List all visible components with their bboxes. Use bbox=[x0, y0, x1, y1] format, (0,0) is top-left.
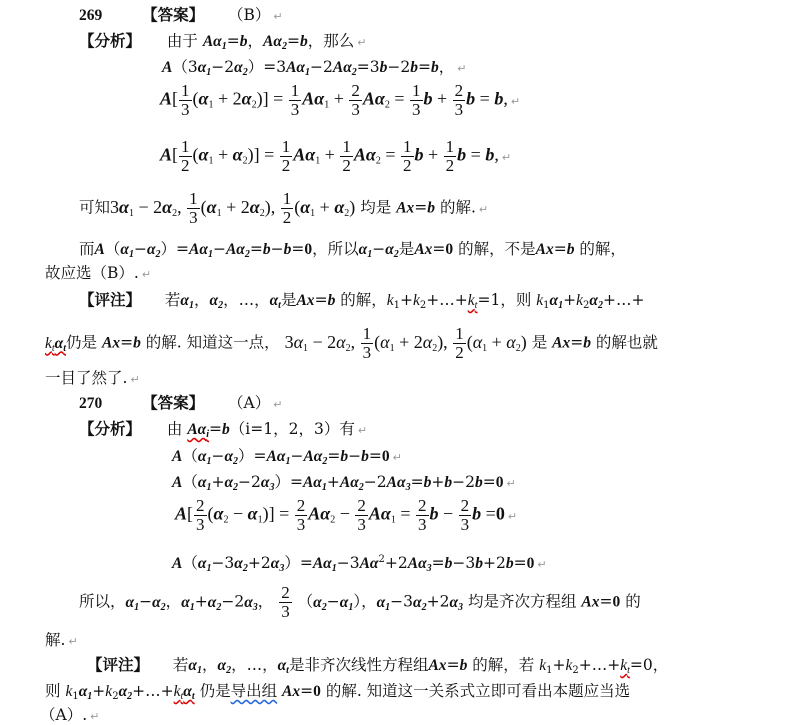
text-span: （i=1，2，3）有 bbox=[230, 420, 355, 438]
equation-270-4: A（α1−3α2+2α3）=Aα1−3Aα2+2Aα3=b−3b+2b=0↵ bbox=[172, 550, 547, 579]
analysis-label: 【分析】 bbox=[79, 419, 141, 438]
comment-269-line3: 一目了然了.↵ bbox=[45, 368, 140, 390]
conclusion-269: 可知3α1 − 2α2, 13(α1 + 2α2), 12(α1 + α2) 均… bbox=[79, 190, 488, 227]
comment-label: 【评注】 bbox=[87, 655, 149, 674]
equation-270-2: A（α1+α2−2α3）=Aα1+Aα2−2Aα3=b+b−2b=0↵ bbox=[172, 472, 516, 498]
text-span: 而 bbox=[79, 240, 95, 258]
text-span: 故应选（B）. bbox=[45, 264, 139, 282]
text-span: 可知 bbox=[79, 199, 110, 217]
analysis-intro-270: 【分析】 由 Aαi=b（i=1，2，3）有↵ bbox=[79, 419, 367, 445]
answer-label: 【答案】 bbox=[142, 393, 204, 412]
text-span: 由于 bbox=[167, 32, 198, 50]
problem-number: 270 bbox=[79, 395, 102, 412]
text-span: 的解. bbox=[440, 199, 476, 217]
paragraph-mark-icon: ↵ bbox=[273, 10, 282, 23]
text-span: 的 bbox=[625, 593, 641, 611]
text-span: （A）. bbox=[40, 706, 87, 724]
text-span: 若 bbox=[165, 291, 181, 309]
text-span: 的解， bbox=[340, 291, 387, 309]
text-span: 的解，若 bbox=[472, 656, 534, 674]
text-span: 是 bbox=[399, 240, 415, 258]
equation-270-3: A[23(α2 − α1)] = 23Aα2 − 23Aα1 = 23b − 2… bbox=[175, 497, 517, 534]
text-span: 那么 bbox=[323, 32, 354, 50]
analysis-label: 【分析】 bbox=[79, 31, 141, 50]
conclusion-269-2: 而A（α1−α2）=Aα1−Aα2=b−b=0，所以α1−α2是Ax=0 的解，… bbox=[79, 239, 626, 265]
equation-269-2: A[13(α1 + 2α2)] = 13Aα1 + 23Aα2 = 13b + … bbox=[160, 82, 520, 119]
text-span: 均是齐次方程组 bbox=[468, 593, 577, 611]
text-span: 仍是 bbox=[66, 334, 97, 352]
text-span: 是 bbox=[281, 291, 297, 309]
answer-value: （A） bbox=[228, 394, 270, 412]
equation-269-1: A（3α1−2α2）=3Aα1−2Aα2=3b−2b=b，↵ bbox=[162, 57, 467, 83]
text-span: 解. bbox=[45, 631, 65, 649]
analysis-intro-269: 【分析】 由于 Aα1=b，Aα2=b，那么↵ bbox=[79, 31, 366, 57]
text-span: 所以， bbox=[79, 593, 126, 611]
text-span: 的解. 知道这一关系式立即可看出本题应当选 bbox=[326, 682, 630, 700]
text-span: 若 bbox=[173, 656, 189, 674]
problem-number: 269 bbox=[79, 7, 102, 24]
text-span: 的解，不是 bbox=[458, 240, 536, 258]
answer-label: 【答案】 bbox=[142, 5, 204, 24]
equation-270-1: A（α1−α2）=Aα1−Aα2=b−b=0↵ bbox=[172, 446, 402, 472]
text-span: 均是 bbox=[360, 199, 391, 217]
text-span: 的解也就 bbox=[596, 334, 658, 352]
text-span: ，则 bbox=[500, 291, 531, 309]
text-span: 导出组 bbox=[231, 682, 278, 700]
problem-269-header: 269 【答案】 （B）↵ bbox=[79, 5, 283, 27]
answer-value: （B） bbox=[228, 6, 270, 24]
text-span: 的解. 知道这一点， bbox=[146, 334, 280, 352]
text-span: 由 bbox=[167, 420, 183, 438]
text-span: 则 bbox=[45, 682, 61, 700]
text-span: ，所以 bbox=[312, 240, 359, 258]
text-span: 是 bbox=[532, 334, 548, 352]
comment-270-line3: （A）.↵ bbox=[40, 705, 99, 725]
comment-269-line1: 【评注】 若α1，α2，…，αt是Ax=b 的解，k1+k2+…+kt=1，则 … bbox=[79, 290, 644, 316]
equation-269-3: A[12(α1 + α2)] = 12Aα1 + 12Aα2 = 12b + 1… bbox=[160, 138, 511, 175]
conclusion-269-3: 故应选（B）.↵ bbox=[45, 263, 151, 285]
comment-label: 【评注】 bbox=[79, 290, 141, 309]
problem-270-header: 270 【答案】 （A）↵ bbox=[79, 393, 282, 415]
conclusion-270-end: 解.↵ bbox=[45, 630, 78, 652]
comment-269-line2: ktαt仍是 Ax=b 的解. 知道这一点， 3α1 − 2α2, 13(α1 … bbox=[45, 325, 658, 362]
conclusion-270: 所以，α1−α2，α1+α2−2α3， 23 （α2−α1），α1−3α2+2α… bbox=[79, 584, 641, 621]
text-span: 一目了然了. bbox=[45, 369, 127, 387]
comment-270-line2: 则 k1α1+k2α2+…+ktαt 仍是导出组 Ax=0 的解. 知道这一关系… bbox=[45, 681, 630, 707]
text-span: 是非齐次线性方程组 bbox=[289, 656, 429, 674]
comment-270-line1: 【评注】 若α1，α2，…，αt是非齐次线性方程组Ax=b 的解，若 k1+k2… bbox=[87, 655, 668, 681]
